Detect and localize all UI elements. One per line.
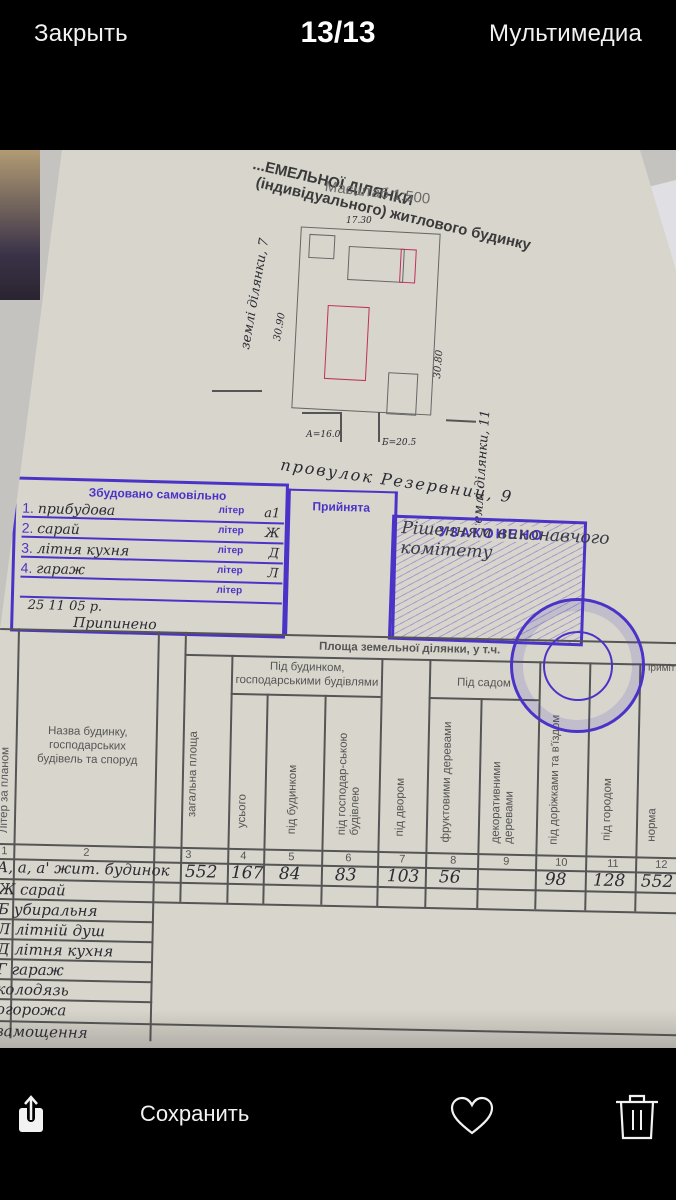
round-seal [510, 598, 645, 733]
extra-item: Л літній душ [0, 920, 105, 940]
favorite-button[interactable] [449, 1096, 495, 1136]
share-button[interactable] [16, 1094, 46, 1134]
delete-button[interactable] [614, 1092, 660, 1140]
top-bar: Закрыть 13/13 Мультимедиа [0, 0, 676, 150]
sub-header-buildings: Під будинком, господарськими будівлями [235, 659, 380, 690]
cell-garden: 128 [593, 870, 626, 891]
col-header-4: усього [236, 794, 250, 828]
cell-fruit-trees: 56 [439, 867, 461, 887]
stamp-header: Збудовано самовільно [89, 485, 227, 503]
save-button[interactable]: Сохранить [140, 1101, 249, 1127]
plan-left-dim: 30.90 [272, 312, 288, 342]
desk-surface [0, 150, 40, 300]
photo-viewer[interactable]: ...ЕМЕЛЬНОЇ ДІЛЯНКИ (індивідуального) жи… [0, 150, 676, 1048]
col-header-12: норма [646, 808, 660, 842]
trash-icon [614, 1092, 660, 1140]
col-header-3: загальна площа [186, 731, 201, 817]
group-header: Площа земельної ділянки, у т.ч. [310, 639, 510, 657]
col-header-11: під городом [601, 778, 615, 841]
row-name: А, а, а' жит. будинок [0, 858, 170, 880]
extra-item: Д літня кухня [0, 940, 113, 960]
plan-right-neighbor: землі ділянки, 11 [470, 409, 493, 531]
cell-paths: 98 [545, 869, 567, 889]
document-page: ...ЕМЕЛЬНОЇ ДІЛЯНКИ (індивідуального) жи… [0, 150, 676, 1048]
cell-total: 552 [185, 862, 218, 883]
plan-bottom-left: А=16.0 [306, 430, 340, 440]
col-header-7: під двором [394, 778, 408, 837]
stamp-accepted: Прийнята [284, 489, 398, 638]
plan-left-neighbor: землі ділянки, 7 [238, 237, 272, 351]
extra-item: колодязь [0, 980, 69, 1000]
plan-top-dim: 17.30 [346, 216, 372, 226]
cell-norm: 552 [641, 871, 674, 892]
photo-shadow [0, 1010, 676, 1048]
col-header-5: під будинком [286, 765, 300, 835]
stamp-date: 25 11 05 р. [28, 598, 103, 615]
col-header-2: Назва будинку, господарських будівель та… [27, 724, 148, 769]
bottom-toolbar: Сохранить [0, 1048, 676, 1200]
cell-all: 167 [231, 863, 264, 884]
site-plan [291, 226, 440, 415]
stamp-built-unauthorized: Збудовано самовільно 1. прибудова літер … [10, 476, 289, 638]
col-header-1: Літер за планом [0, 747, 13, 833]
extra-item: Г гараж [0, 960, 64, 979]
col-header-9: декоративними деревами [490, 713, 519, 844]
col-header-6: під господар-ською будівлею [336, 705, 365, 836]
cell-yard: 103 [387, 866, 420, 887]
media-button[interactable]: Мультимедиа [489, 20, 642, 48]
extra-item: Б убиральня [0, 900, 98, 920]
cell-house: 84 [279, 864, 301, 884]
col-header-8: фруктовими деревами [440, 712, 456, 842]
extra-item: Ж сарай [0, 880, 66, 899]
col-header-10: під доріжками та в'їздом [548, 715, 564, 845]
share-icon [16, 1094, 46, 1134]
plan-right-dim: 30.80 [432, 349, 445, 378]
plan-bottom-right: Б=20.5 [382, 438, 416, 448]
heart-icon [449, 1096, 495, 1136]
cell-outbuildings: 83 [335, 865, 357, 885]
